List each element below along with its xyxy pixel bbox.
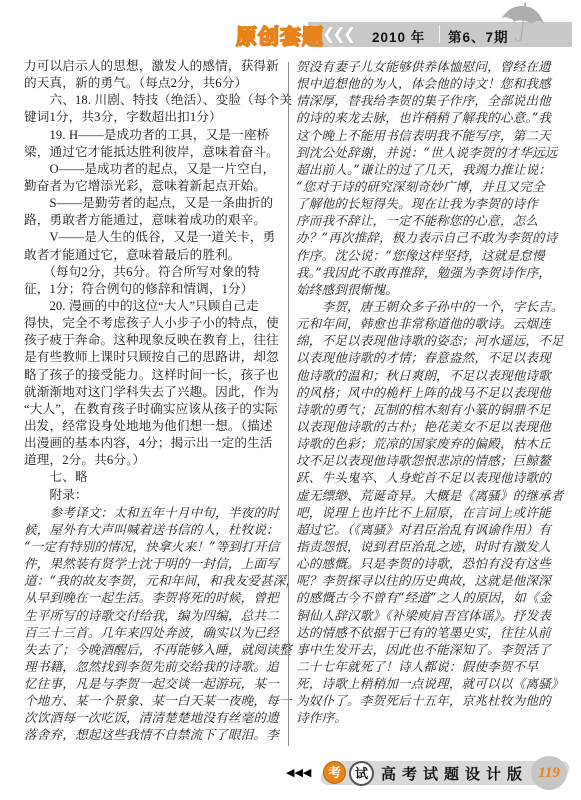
text-line: 跃、牛头鬼卒、人身蛇首不足以表现他诗歌的 bbox=[296, 469, 558, 486]
header-divider bbox=[439, 25, 440, 43]
text-line: 六、18. 川剧、特技（绝活）、变脸（每个关 bbox=[24, 92, 286, 109]
text-line: 坟不足以表现他诗歌怨恨悲凉的情感；巨鲸鳌 bbox=[296, 452, 558, 469]
text-line: 虚无缥缈、荒诞奇异。大概是《离骚》的继承者 bbox=[296, 487, 558, 504]
text-line: 孩子疲于奔命。这种现象反映在教育上，往往 bbox=[24, 332, 286, 349]
text-line: 的天真，新的勇气。（每点2分，共6分） bbox=[24, 75, 286, 92]
text-line: 绵，不足以表现他诗歌的姿态；河水遥远，不足 bbox=[296, 332, 558, 349]
text-line: V——是人生的低谷，又是一道关卡，勇 bbox=[24, 229, 286, 246]
left-column: 力可以启示人的思想，激发人的感情，获得新的天真，新的勇气。（每点2分，共6分） … bbox=[24, 58, 286, 744]
text-line: 候，屋外有大声叫喊着送书信的人，杜牧说： bbox=[24, 521, 286, 538]
text-line: 吧，说理上也许比不上屈原，在言词上或许能 bbox=[296, 504, 558, 521]
text-line: 20. 漫画的中的这位“大人”只顾自己走 bbox=[24, 298, 286, 315]
text-line: 指责怨恨，说到君臣治乱之迹，时时有激发人 bbox=[296, 538, 558, 555]
text-line: 参考译文：太和五年十月中旬，半夜的时 bbox=[24, 504, 286, 521]
text-line: 二十七年就死了！诗人都说：假使李贺不早 bbox=[296, 658, 558, 675]
right-column: 贺没有妻子儿女能够供养体恤慰问，曾经在遗恨中追想他的为人，体会他的诗文！您和我感… bbox=[296, 58, 558, 726]
text-line: 为奴仆了。李贺死后十五年，京兆杜牧为他的 bbox=[296, 692, 558, 709]
text-line: 是有些教师上课时只顾按自己的思路讲，却忽 bbox=[24, 349, 286, 366]
text-line: 了解他的长短得失。现在让我为李贺的诗作 bbox=[296, 195, 558, 212]
text-line: 始终感到很惭愧。 bbox=[296, 281, 558, 298]
text-line: O——是成功者的起点，又是一片空白， bbox=[24, 161, 286, 178]
column-divider bbox=[288, 62, 289, 746]
text-line: 的诗的来龙去脉，也许稍稍了解我的心意。”我 bbox=[296, 109, 558, 126]
text-line: 以表现他诗歌的古朴；艳花美女不足以表现他 bbox=[296, 418, 558, 435]
text-line: 贺没有妻子儿女能够供养体恤慰问，曾经在遗 bbox=[296, 58, 558, 75]
text-line: 超出前人。”谦让的过了几天，我竭力推让说： bbox=[296, 161, 558, 178]
text-line: 作序。沈公说：“您像这样坚持，这就是怠慢 bbox=[296, 247, 558, 264]
answer-text-block: 力可以启示人的思想，激发人的感情，获得新的天真，新的勇气。（每点2分，共6分） … bbox=[24, 58, 286, 504]
translation-text-block-left: 参考译文：太和五年十月中旬，半夜的时候，屋外有大声叫喊着送书信的人，杜牧说：“一… bbox=[24, 504, 286, 744]
text-line: 诗歌的色彩；荒凉的国家废弃的偏殿，枯木丘 bbox=[296, 435, 558, 452]
text-line: 办？”再次推辞，极力表示自己不敢为李贺的诗 bbox=[296, 229, 558, 246]
chevrons-icon: ❮❮❮ bbox=[322, 24, 353, 43]
text-line: 他诗歌的温和；秋日爽朗，不足以表现他诗歌 bbox=[296, 367, 558, 384]
text-line: 就渐渐地对这门学科失去了兴趣。因此，作为 bbox=[24, 384, 286, 401]
text-line: 附录： bbox=[24, 487, 286, 504]
text-line: 个地方、某一个景象、某一白天某一夜晚，每一 bbox=[24, 692, 286, 709]
text-line: 略了孩子的接受能力。这样时间一长，孩子也 bbox=[24, 367, 286, 384]
text-line: 铜仙人辞汉歌》《补梁庾肩吾宫体谣》。抒发表 bbox=[296, 607, 558, 624]
text-line: 落舍弃，想起这些我情不自禁流下了眼泪。李 bbox=[24, 726, 286, 743]
text-line: 事中生发开去，因此也不能深知了。李贺活了 bbox=[296, 641, 558, 658]
text-line: 到沈公处辞谢，并说：“世人说李贺的才华远远 bbox=[296, 144, 558, 161]
translation-text-block-right: 贺没有妻子儿女能够供养体恤慰问，曾经在遗恨中追想他的为人，体会他的诗文！您和我感… bbox=[296, 58, 558, 726]
text-line: 七、略 bbox=[24, 469, 286, 486]
text-line: 我。”我因此不敢再推辞，勉强为李贺诗作序， bbox=[296, 264, 558, 281]
brand-circle-kao: 考 bbox=[323, 761, 346, 784]
page-title: 原创套题 bbox=[236, 21, 324, 51]
text-line: 出漫画的基本内容，4分；揭示出一定的生活 bbox=[24, 435, 286, 452]
text-line: （每句2分，共6分。符合所写对象的特 bbox=[24, 264, 286, 281]
text-line: “一定有特别的情况，快拿火来！”等到打开信 bbox=[24, 538, 286, 555]
text-line: 这个晚上不能用书信表明我不能写序，第二天 bbox=[296, 127, 558, 144]
footer-brand-text: 高考试题设计版 bbox=[381, 763, 528, 784]
text-line: 理书籍，忽然找到李贺先前交给我的诗歌。追 bbox=[24, 658, 286, 675]
text-line: 次饮酒每一次吃饭，清清楚楚地没有丝毫的遗 bbox=[24, 709, 286, 726]
text-line: 失去了；今晚酒醒后，不再能够入睡，就阅读整 bbox=[24, 641, 286, 658]
text-line: 超过它。（《离骚》对君臣治乱有讽谕作用）有 bbox=[296, 521, 558, 538]
text-line: 敢者才能通过它，意味着最后的胜利。 bbox=[24, 247, 286, 264]
text-line: 恨中追想他的为人，体会他的诗文！您和我感 bbox=[296, 75, 558, 92]
text-line: 件，果然装有贤学士沈于明的一封信，上面写 bbox=[24, 555, 286, 572]
text-line: 征，1分；符合例句的修辞和情调，1分） bbox=[24, 281, 286, 298]
text-line: 情深厚，替我给李贺的集子作序，全部说出他 bbox=[296, 92, 558, 109]
umbrella-icon: ☂ bbox=[495, 0, 550, 57]
text-line: 从早到晚在一起生活。李贺将死的时候，曾把 bbox=[24, 589, 286, 606]
text-line: S——是勤劳者的起点，又是一条曲折的 bbox=[24, 195, 286, 212]
text-line: 李贺，唐王朝众多子孙中的一个，字长吉。 bbox=[296, 298, 558, 315]
text-line: “大人”，在教育孩子时确实应该从孩子的实际 bbox=[24, 401, 286, 418]
text-line: 死，诗歌上稍稍加一点说理，就可以以《离骚》 bbox=[296, 675, 558, 692]
triangles-icon: ◀◀◀ bbox=[286, 766, 311, 779]
text-line: 以表现他诗歌的才情；春意盎然，不足以表现 bbox=[296, 349, 558, 366]
text-line: 19. H——是成功者的工具，又是一座桥 bbox=[24, 127, 286, 144]
text-line: 的感慨古今不曾有“经道”之人的原因，如《金 bbox=[296, 589, 558, 606]
text-line: 忆往事，凡是与李贺一起交谈一起游玩，某一 bbox=[24, 675, 286, 692]
text-line: 出发，经常设身处地地为他们想一想。（描述 bbox=[24, 418, 286, 435]
text-line: 勤奋者为它增添光彩，意味着新起点开始。 bbox=[24, 178, 286, 195]
text-line: 路，勇敢者方能通过，意味着成功的艰辛。 bbox=[24, 212, 286, 229]
text-line: 序而我不辞让，一定不能称您的心意，怎么 bbox=[296, 212, 558, 229]
text-line: 道理，2分。共6分。） bbox=[24, 452, 286, 469]
text-line: 达的情感不依据于已有的笔墨史实，往往从前 bbox=[296, 624, 558, 641]
text-line: 生平所写的诗歌交付给我，编为四编，总共二 bbox=[24, 607, 286, 624]
page-number-badge: 119 bbox=[531, 756, 567, 790]
text-line: 得快，完全不考虑孩子人小步子小的特点，使 bbox=[24, 315, 286, 332]
text-line: 道：“我的故友李贺，元和年间，和我友爱甚深， bbox=[24, 572, 286, 589]
text-line: 诗歌的勇气；瓦制的棺木刻有小篆的铜鼎不足 bbox=[296, 401, 558, 418]
text-line: 呢？李贺探寻以往的历史典故，这就是他深深 bbox=[296, 572, 558, 589]
text-line: 力可以启示人的思想，激发人的感情，获得新 bbox=[24, 58, 286, 75]
text-line: 元和年间，韩愈也非常称道他的歌诗。云烟连 bbox=[296, 315, 558, 332]
text-line: 百三十三首。几年来四处奔波，确实以为已经 bbox=[24, 624, 286, 641]
text-line: 心的感慨。只是李贺的诗歌，恐怕有没有这些 bbox=[296, 555, 558, 572]
magazine-page: ❮❮❮ 2010 年 第6、7期 原创套题 ☂ 力可以启示人的思想，激发人的感情… bbox=[0, 0, 581, 800]
text-line: 的风格；风中的桅杆上阵的战马不足以表现他 bbox=[296, 384, 558, 401]
header-year: 2010 年 bbox=[372, 26, 425, 46]
text-line: 梁，通过它才能抵达胜利彼岸，意味着奋斗。 bbox=[24, 144, 286, 161]
text-line: “您对于诗的研究深刻奇妙广博，并且又完全 bbox=[296, 178, 558, 195]
text-line: 键词1分，共3分，字数超出扣1分） bbox=[24, 109, 286, 126]
brand-circle-shi: 试 bbox=[349, 761, 374, 786]
text-line: 诗作序。 bbox=[296, 709, 558, 726]
